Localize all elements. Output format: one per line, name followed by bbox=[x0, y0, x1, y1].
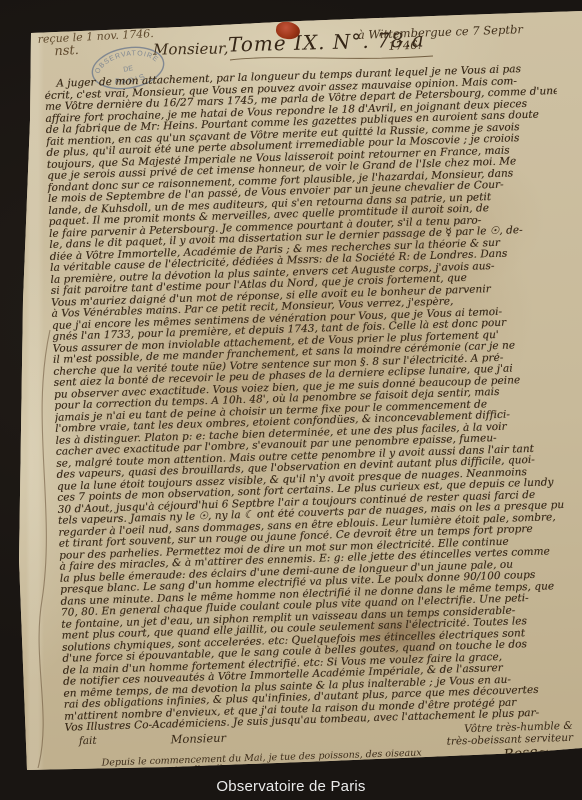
place-date: à Wittembergue ce 7 Septbr 1746. bbox=[358, 23, 524, 53]
closing-salutation: Monsieur bbox=[170, 730, 226, 746]
letter-paper: reçue le 1 nov. 1746. nst. OBSERVATOIRE … bbox=[0, 0, 582, 772]
stamp-text-middle: DE bbox=[123, 65, 134, 74]
manuscript-lines: A juger de mon attachement, par la longu… bbox=[44, 63, 576, 734]
photo-caption: Observatoire de Paris bbox=[0, 778, 582, 795]
closing-word: fait bbox=[79, 734, 97, 747]
photograph-frame: reçue le 1 nov. 1746. nst. OBSERVATOIRE … bbox=[0, 0, 582, 800]
closing-compliment: Vôtre très-humble & très-obeissant servi… bbox=[446, 719, 573, 747]
salutation: Monsieur, bbox=[153, 39, 229, 58]
letter-body: A juger de mon attachement, par la longu… bbox=[44, 63, 578, 780]
flourish-underline bbox=[228, 52, 438, 64]
signature: Bose~ bbox=[503, 742, 550, 763]
